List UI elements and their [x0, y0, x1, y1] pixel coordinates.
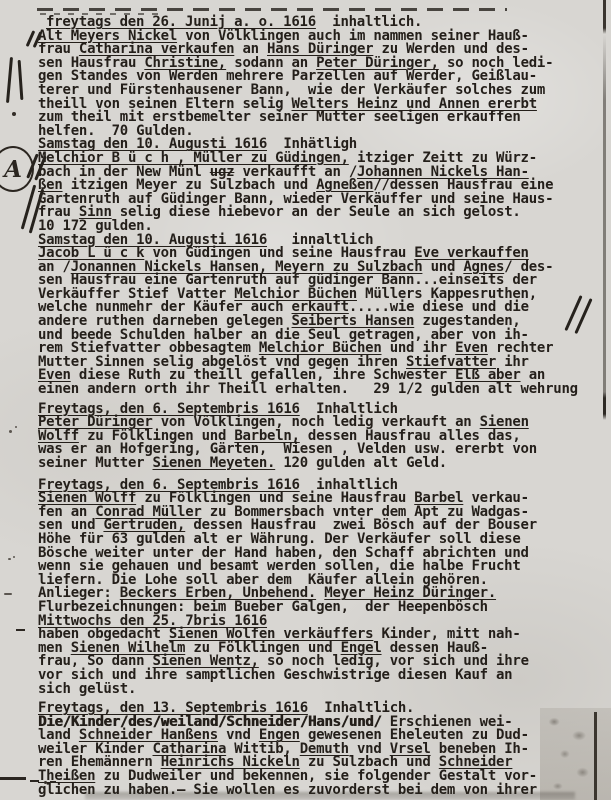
- scan-speck: [13, 556, 15, 558]
- text-line: einen andern orth ihr Theill erhalten. 2…: [38, 383, 598, 397]
- margin-stroke-icon: [18, 60, 24, 100]
- margin-dash-icon: [16, 629, 25, 631]
- plain-text: 120 gulden alt Geld.: [275, 455, 447, 471]
- margin-dot-icon: [12, 112, 16, 116]
- scan-corner-line-artifact: [594, 712, 597, 800]
- circled-letter: A: [4, 156, 22, 183]
- typewritten-text-block: freytags den 26. Junij a. o. 1616 inhalt…: [38, 16, 598, 797]
- margin-dash-icon: [50, 781, 56, 783]
- scan-speck: [8, 558, 11, 560]
- scan-speck: [9, 430, 12, 433]
- scan-speck: [4, 593, 12, 595]
- margin-dot-icon: [44, 781, 47, 784]
- plain-text: sich gelüst.: [38, 681, 136, 697]
- margin-stroke-icon: [6, 57, 13, 103]
- underlined-text: Sienen Meyeten.: [153, 455, 276, 471]
- scan-corner-texture-artifact: [540, 708, 611, 800]
- margin-arrow-icon: [30, 780, 39, 782]
- margin-arrow-icon: [0, 777, 26, 780]
- scan-bottom-smudge-artifact: [85, 792, 575, 800]
- plain-text: selig diese hiebevor an der Seule an sic…: [112, 204, 521, 220]
- scan-edge-line-artifact: [603, 0, 606, 800]
- text-line: sich gelüst.: [38, 683, 598, 697]
- scan-speck: [15, 426, 17, 428]
- plain-text: seiner Mutter: [38, 455, 153, 471]
- scan-top-dashes-artifact: [37, 8, 507, 11]
- text-line: seiner Mutter Sienen Meyeten. 120 gulden…: [38, 457, 598, 471]
- document-page: freytags den 26. Junij a. o. 1616 inhalt…: [0, 0, 611, 800]
- plain-text: einen andern orth ihr Theill erhalten. 2…: [38, 381, 578, 397]
